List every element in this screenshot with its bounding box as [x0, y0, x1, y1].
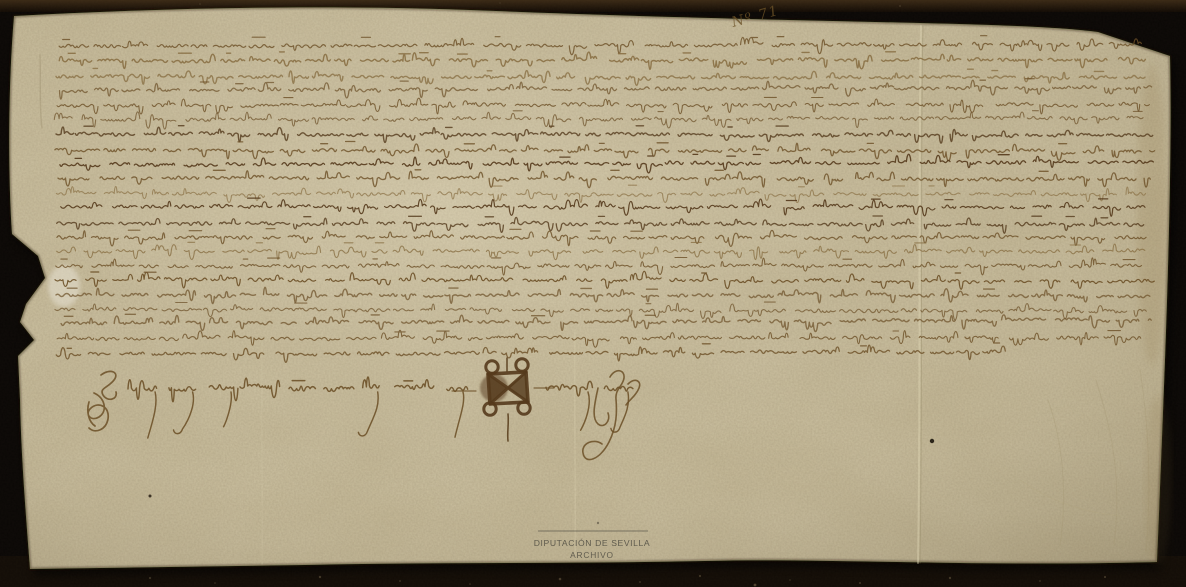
photo-grain	[0, 0, 1186, 587]
manuscript-photo: Nº 71 DIPUTACIÓN DE SEVILLA ARCHIVO	[0, 0, 1186, 587]
photo-frame: Nº 71 DIPUTACIÓN DE SEVILLA ARCHIVO	[0, 0, 1186, 587]
